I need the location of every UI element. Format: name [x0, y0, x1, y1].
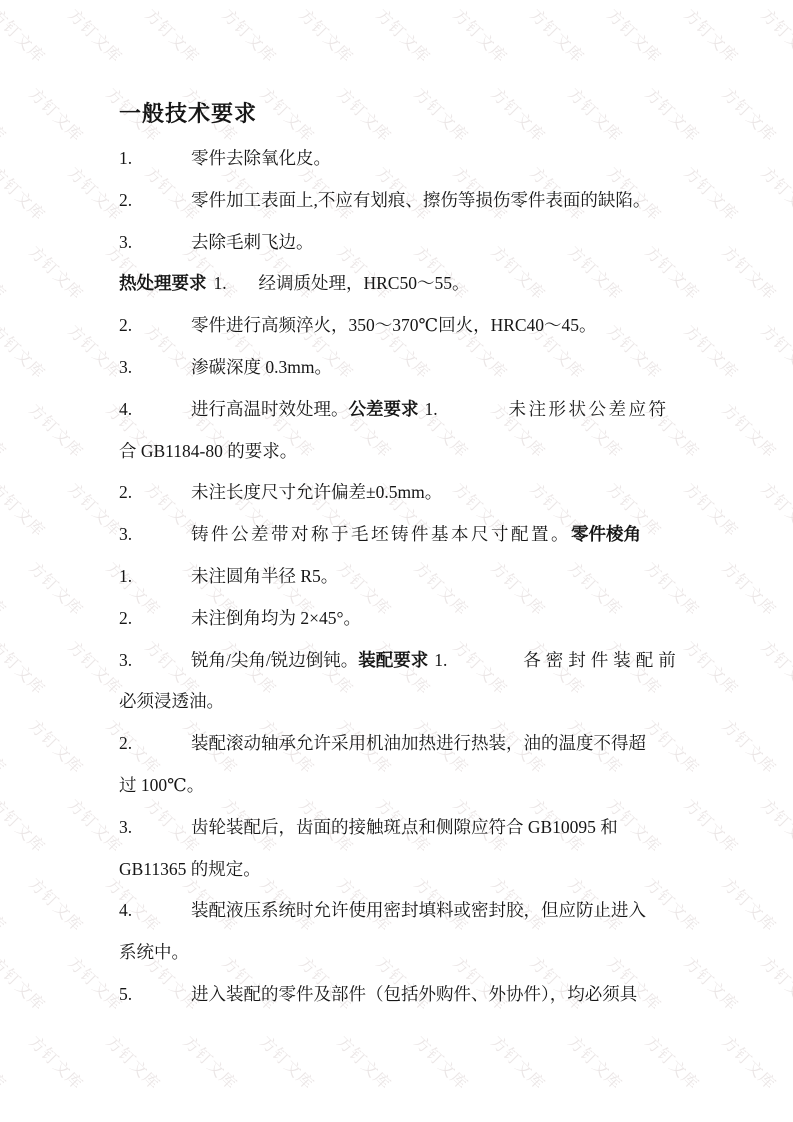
watermark-text: 方钉文库 — [0, 556, 12, 620]
watermark-text: 方钉文库 — [0, 161, 51, 225]
text-run: 未注倒角均为 2×45°。 — [191, 608, 361, 628]
text-run: 3. — [119, 514, 191, 556]
watermark-text: 方钉文库 — [141, 3, 205, 67]
text-run: 4. — [119, 389, 191, 431]
watermark-text: 方钉文库 — [718, 240, 782, 304]
watermark-text: 方钉文库 — [757, 951, 793, 1015]
text-run: 进入装配的零件及部件（包括外购件、外协件），均必须具 — [191, 984, 637, 1004]
text-line: 3.渗碳深度 0.3mm。 — [119, 347, 705, 389]
text-run: 3. — [119, 222, 191, 264]
text-run: 渗碳深度 0.3mm。 — [191, 357, 332, 377]
text-run: 3. — [119, 807, 191, 849]
text-line: 3.锐角/尖角/锐边倒钝。装配要求1.各密封件装配前 — [119, 640, 705, 682]
watermark-text: 方钉文库 — [0, 1030, 12, 1094]
document-content: 一般技术要求 1.零件去除氧化皮。2.零件加工表面上,不应有划痕、擦伤等损伤零件… — [119, 100, 705, 1016]
text-run: 齿轮装配后，齿面的接触斑点和侧隙应符合 GB10095 和 — [191, 817, 618, 837]
text-line: 系统中。 — [119, 932, 705, 974]
text-run: 装配要求 — [358, 651, 428, 671]
watermark-text: 方钉文库 — [0, 793, 51, 857]
watermark-text: 方钉文库 — [487, 1030, 551, 1094]
watermark-text: 方钉文库 — [757, 161, 793, 225]
watermark-text: 方钉文库 — [757, 793, 793, 857]
text-run: 2. — [119, 472, 191, 514]
watermark-text: 方钉文库 — [680, 3, 744, 67]
watermark-text: 方钉文库 — [757, 3, 793, 67]
text-run: 过 100℃。 — [119, 775, 204, 795]
watermark-text: 方钉文库 — [757, 319, 793, 383]
watermark-text: 方钉文库 — [25, 398, 89, 462]
text-run: 5. — [119, 974, 191, 1016]
watermark-text: 方钉文库 — [718, 872, 782, 936]
text-line: 2.未注长度尺寸允许偏差±0.5mm。 — [119, 472, 705, 514]
text-run: 2. — [119, 305, 191, 347]
watermark-text: 方钉文库 — [718, 82, 782, 146]
watermark-text: 方钉文库 — [295, 3, 359, 67]
watermark-text: 方钉文库 — [0, 951, 51, 1015]
text-run: GB11365 的规定。 — [119, 859, 261, 879]
text-run: 1. — [119, 556, 191, 598]
text-run: 未注长度尺寸允许偏差±0.5mm。 — [191, 482, 442, 502]
watermark-text: 方钉文库 — [564, 1030, 628, 1094]
text-run: 锐角/尖角/锐边倒钝。 — [191, 650, 358, 670]
text-run: 零件去除氧化皮。 — [191, 148, 331, 168]
text-run: 未注形状公差应符 — [509, 399, 669, 419]
watermark-text: 方钉文库 — [449, 3, 513, 67]
document-page: 方钉文库方钉文库方钉文库方钉文库方钉文库方钉文库方钉文库方钉文库方钉文库方钉文库… — [0, 0, 793, 1122]
watermark-text: 方钉文库 — [25, 1030, 89, 1094]
watermark-text: 方钉文库 — [526, 3, 590, 67]
text-run: 零件进行高频淬火，350～370℃回火，HRC40～45。 — [191, 315, 597, 335]
text-line: 3.去除毛刺飞边。 — [119, 222, 705, 264]
text-run: 零件棱角 — [571, 525, 641, 545]
watermark-text: 方钉文库 — [718, 556, 782, 620]
text-run: 必须浸透油。 — [119, 691, 224, 711]
text-run: 2. — [119, 598, 191, 640]
text-run: 1. — [119, 138, 191, 180]
watermark-text: 方钉文库 — [603, 3, 667, 67]
watermark-text: 方钉文库 — [372, 3, 436, 67]
text-run: 4. — [119, 890, 191, 932]
watermark-text: 方钉文库 — [0, 714, 12, 778]
text-line: 2.零件进行高频淬火，350～370℃回火，HRC40～45。 — [119, 305, 705, 347]
text-line: 必须浸透油。 — [119, 681, 705, 723]
text-run: 3. — [119, 347, 191, 389]
text-line: 2.装配滚动轴承允许采用机油加热进行热装，油的温度不得超 — [119, 723, 705, 765]
watermark-text: 方钉文库 — [25, 714, 89, 778]
text-run: 系统中。 — [119, 942, 189, 962]
text-run: 各密封件装配前 — [523, 650, 681, 670]
document-body: 1.零件去除氧化皮。2.零件加工表面上,不应有划痕、擦伤等损伤零件表面的缺陷。3… — [119, 138, 705, 1016]
text-line: 3.齿轮装配后，齿面的接触斑点和侧隙应符合 GB10095 和 — [119, 807, 705, 849]
text-run: 2. — [119, 723, 191, 765]
text-line: 2.零件加工表面上,不应有划痕、擦伤等损伤零件表面的缺陷。 — [119, 180, 705, 222]
document-title: 一般技术要求 — [119, 100, 705, 130]
watermark-text: 方钉文库 — [179, 1030, 243, 1094]
watermark-text: 方钉文库 — [718, 398, 782, 462]
text-run: 合 GB1184-80 的要求。 — [119, 441, 297, 461]
text-run: 去除毛刺飞边。 — [191, 232, 314, 252]
watermark-text: 方钉文库 — [0, 872, 12, 936]
text-run: 零件加工表面上,不应有划痕、擦伤等损伤零件表面的缺陷。 — [191, 190, 650, 210]
watermark-text: 方钉文库 — [757, 477, 793, 541]
text-run: 1. — [419, 389, 509, 431]
watermark-text: 方钉文库 — [0, 319, 51, 383]
text-line: 热处理要求1.经调质处理，HRC50～55。 — [119, 263, 705, 305]
watermark-text: 方钉文库 — [333, 1030, 397, 1094]
watermark-text: 方钉文库 — [0, 635, 51, 699]
watermark-text: 方钉文库 — [0, 240, 12, 304]
text-line: 3.铸件公差带对称于毛坯铸件基本尺寸配置。零件棱角 — [119, 514, 705, 556]
watermark-text: 方钉文库 — [25, 872, 89, 936]
text-run: 1. — [428, 640, 523, 682]
text-run: 3. — [119, 640, 191, 682]
text-run: 经调质处理，HRC50～55。 — [259, 273, 470, 293]
text-run: 2. — [119, 180, 191, 222]
text-run: 1. — [207, 263, 259, 305]
text-line: 合 GB1184-80 的要求。 — [119, 431, 705, 473]
watermark-text: 方钉文库 — [0, 82, 12, 146]
watermark-text: 方钉文库 — [0, 477, 51, 541]
text-run: 公差要求 — [349, 400, 419, 420]
watermark-text: 方钉文库 — [757, 635, 793, 699]
watermark-text: 方钉文库 — [0, 3, 51, 67]
text-run: 热处理要求 — [119, 274, 207, 294]
text-run: 未注圆角半径 R5。 — [191, 566, 338, 586]
text-run: 装配液压系统时允许使用密封填料或密封胶，但应防止进入 — [191, 900, 646, 920]
watermark-text: 方钉文库 — [410, 1030, 474, 1094]
text-run: 铸件公差带对称于毛坯铸件基本尺寸配置。 — [191, 524, 571, 544]
text-line: 4.进行高温时效处理。公差要求1.未注形状公差应符 — [119, 389, 705, 431]
watermark-text: 方钉文库 — [718, 714, 782, 778]
watermark-text: 方钉文库 — [641, 1030, 705, 1094]
text-line: 1.零件去除氧化皮。 — [119, 138, 705, 180]
watermark-text: 方钉文库 — [718, 1030, 782, 1094]
text-run: 装配滚动轴承允许采用机油加热进行热装，油的温度不得超 — [191, 733, 646, 753]
text-line: GB11365 的规定。 — [119, 849, 705, 891]
text-line: 过 100℃。 — [119, 765, 705, 807]
text-line: 2.未注倒角均为 2×45°。 — [119, 598, 705, 640]
watermark-text: 方钉文库 — [25, 556, 89, 620]
text-line: 1.未注圆角半径 R5。 — [119, 556, 705, 598]
text-line: 4.装配液压系统时允许使用密封填料或密封胶，但应防止进入 — [119, 890, 705, 932]
watermark-text: 方钉文库 — [218, 3, 282, 67]
text-line: 5.进入装配的零件及部件（包括外购件、外协件），均必须具 — [119, 974, 705, 1016]
watermark-text: 方钉文库 — [256, 1030, 320, 1094]
text-run: 进行高温时效处理。 — [191, 399, 349, 419]
watermark-text: 方钉文库 — [0, 398, 12, 462]
watermark-text: 方钉文库 — [64, 3, 128, 67]
watermark-text: 方钉文库 — [25, 240, 89, 304]
watermark-text: 方钉文库 — [102, 1030, 166, 1094]
watermark-text: 方钉文库 — [25, 82, 89, 146]
